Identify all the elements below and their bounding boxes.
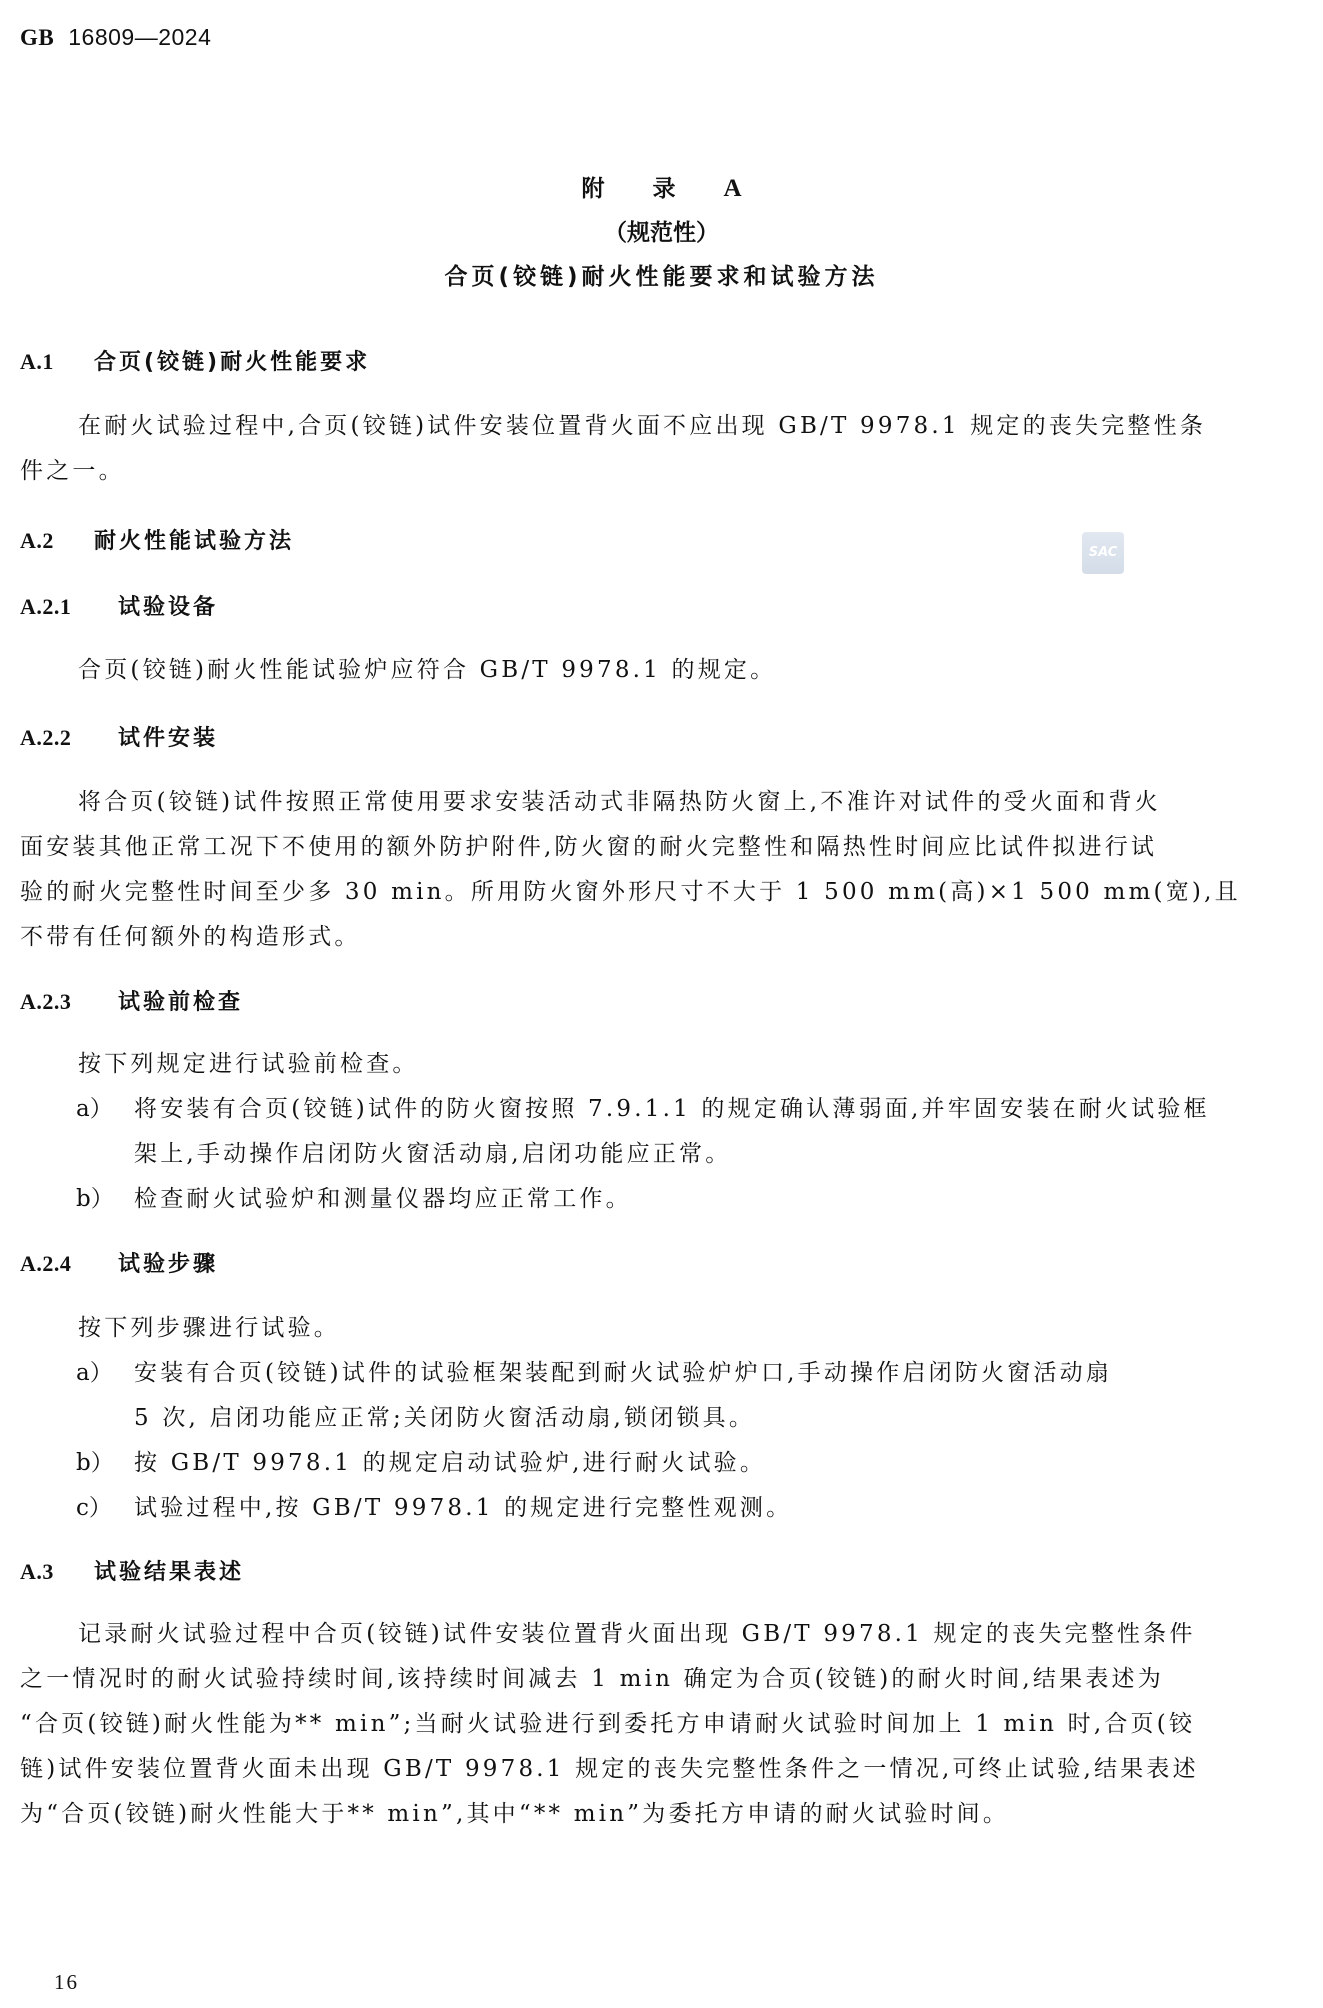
section-number: A.2.4 — [20, 1251, 118, 1277]
page-number: 16 — [54, 1970, 79, 1995]
section-heading-a21: A.2.1试验设备 — [20, 590, 218, 621]
paragraph-line: 在耐火试验过程中,合页(铰链)试件安装位置背火面不应出现 GB/T 9978.1… — [20, 404, 1310, 449]
appendix-title: 合页(铰链)耐火性能要求和试验方法 — [0, 258, 1323, 291]
section-number: A.1 — [20, 349, 94, 375]
normative-label: （规范性） — [0, 214, 1323, 247]
list-item-a24-b: b）按 GB/T 9978.1 的规定启动试验炉,进行耐火试验。 — [76, 1441, 1310, 1486]
section-title: 试验设备 — [118, 595, 218, 620]
section-title: 耐火性能试验方法 — [94, 529, 294, 554]
section-number: A.2 — [20, 528, 94, 554]
list-text: 按 GB/T 9978.1 的规定启动试验炉,进行耐火试验。 — [134, 1450, 766, 1476]
paragraph-line: 面安装其他正常工况下不使用的额外防护附件,防火窗的耐火完整性和隔热性时间应比试件… — [20, 825, 1310, 870]
paragraph-a21: 合页(铰链)耐火性能试验炉应符合 GB/T 9978.1 的规定。 — [20, 648, 1310, 693]
section-heading-a24: A.2.4试验步骤 — [20, 1247, 218, 1278]
paragraph-a22: 将合页(铰链)试件按照正常使用要求安装活动式非隔热防火窗上,不准许对试件的受火面… — [20, 780, 1310, 960]
appendix-letter: A — [723, 175, 741, 203]
paragraph-a1: 在耐火试验过程中,合页(铰链)试件安装位置背火面不应出现 GB/T 9978.1… — [20, 404, 1310, 494]
paragraph-line: 按下列规定进行试验前检查。 — [20, 1042, 1310, 1087]
paragraph-line: 将合页(铰链)试件按照正常使用要求安装活动式非隔热防火窗上,不准许对试件的受火面… — [20, 780, 1310, 825]
list-text: 试验过程中,按 GB/T 9978.1 的规定进行完整性观测。 — [134, 1495, 792, 1521]
section-title: 试验步骤 — [118, 1252, 218, 1277]
section-number: A.2.3 — [20, 989, 118, 1015]
paragraph-line: 验的耐火完整性时间至少多 30 min。所用防火窗外形尺寸不大于 1 500 m… — [20, 870, 1310, 915]
section-title: 试件安装 — [118, 726, 218, 751]
list-text: 5 次, 启闭功能应正常;关闭防火窗活动扇,锁闭锁具。 — [76, 1396, 1310, 1441]
section-title: 合页(铰链)耐火性能要求 — [94, 350, 370, 375]
section-heading-a3: A.3试验结果表述 — [20, 1555, 244, 1586]
section-heading-a2: A.2耐火性能试验方法 — [20, 524, 294, 555]
paragraph-a24-intro: 按下列步骤进行试验。 — [20, 1306, 1310, 1351]
list-marker: a） — [76, 1087, 134, 1132]
list-text: 安装有合页(铰链)试件的试验框架装配到耐火试验炉炉口,手动操作启闭防火窗活动扇 — [134, 1360, 1112, 1386]
paragraph-line: 不带有任何额外的构造形式。 — [20, 915, 1310, 960]
section-number: A.2.2 — [20, 725, 118, 751]
section-number: A.3 — [20, 1559, 94, 1585]
section-heading-a22: A.2.2试件安装 — [20, 721, 218, 752]
list-item-a24-c: c）试验过程中,按 GB/T 9978.1 的规定进行完整性观测。 — [76, 1486, 1310, 1531]
paragraph-line: “合页(铰链)耐火性能为** min”;当耐火试验进行到委托方申请耐火试验时间加… — [20, 1702, 1310, 1747]
list-marker: b） — [76, 1177, 134, 1222]
paragraph-line: 件之一。 — [20, 449, 1310, 494]
list-item-a24-a: a）安装有合页(铰链)试件的试验框架装配到耐火试验炉炉口,手动操作启闭防火窗活动… — [76, 1351, 1310, 1441]
list-item-a23-b: b）检查耐火试验炉和测量仪器均应正常工作。 — [76, 1177, 1310, 1222]
list-marker: b） — [76, 1441, 134, 1486]
paragraph-line: 为“合页(铰链)耐火性能大于** min”,其中“** min”为委托方申请的耐… — [20, 1792, 1310, 1837]
paragraph-line: 记录耐火试验过程中合页(铰链)试件安装位置背火面出现 GB/T 9978.1 规… — [20, 1612, 1310, 1657]
paragraph-line: 按下列步骤进行试验。 — [20, 1306, 1310, 1351]
paragraph-a23-intro: 按下列规定进行试验前检查。 — [20, 1042, 1310, 1087]
paragraph-line: 之一情况时的耐火试验持续时间,该持续时间减去 1 min 确定为合页(铰链)的耐… — [20, 1657, 1310, 1702]
list-item-a23-a: a）将安装有合页(铰链)试件的防火窗按照 7.9.1.1 的规定确认薄弱面,并牢… — [76, 1087, 1310, 1177]
list-marker: a） — [76, 1351, 134, 1396]
paragraph-line: 合页(铰链)耐火性能试验炉应符合 GB/T 9978.1 的规定。 — [20, 648, 1310, 693]
appendix-heading: 附录A — [0, 170, 1323, 203]
paragraph-line: 链)试件安装位置背火面未出现 GB/T 9978.1 规定的丧失完整性条件之一情… — [20, 1747, 1310, 1792]
section-title: 试验结果表述 — [94, 1560, 244, 1585]
standard-prefix: GB — [20, 25, 54, 50]
section-title: 试验前检查 — [118, 990, 243, 1015]
list-text: 架上,手动操作启闭防火窗活动扇,启闭功能应正常。 — [76, 1132, 1310, 1177]
paragraph-a3: 记录耐火试验过程中合页(铰链)试件安装位置背火面出现 GB/T 9978.1 规… — [20, 1612, 1310, 1837]
section-heading-a23: A.2.3试验前检查 — [20, 985, 243, 1016]
list-text: 将安装有合页(铰链)试件的防火窗按照 7.9.1.1 的规定确认薄弱面,并牢固安… — [134, 1096, 1210, 1122]
list-marker: c） — [76, 1486, 134, 1531]
standard-number: 16809—2024 — [68, 24, 211, 50]
standard-code: GB16809—2024 — [20, 24, 211, 51]
section-number: A.2.1 — [20, 594, 118, 620]
sac-watermark-logo: SAC — [1082, 532, 1124, 574]
appendix-word-2: 录 — [652, 170, 675, 203]
appendix-word-1: 附 — [581, 170, 604, 203]
section-heading-a1: A.1合页(铰链)耐火性能要求 — [20, 345, 370, 376]
list-text: 检查耐火试验炉和测量仪器均应正常工作。 — [134, 1186, 632, 1212]
